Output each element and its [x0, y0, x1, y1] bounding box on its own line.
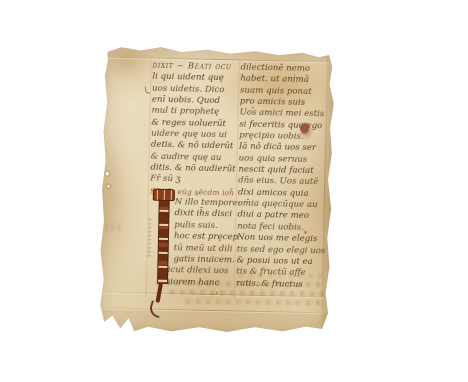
text-line: dixit ~ Beati ocu — [152, 61, 240, 74]
text-line: mul ti prophetę — [151, 106, 239, 119]
turn-in-strip-bottom — [97, 309, 329, 339]
text-line: & audire quę au — [151, 151, 239, 164]
text-line: suam quis ponat — [240, 85, 330, 98]
text-line: uos quia seruus — [239, 153, 329, 166]
correction-mark — [145, 86, 150, 93]
speck — [304, 231, 307, 234]
stain-top-left-corner — [100, 40, 151, 83]
ghost-text-line — [186, 299, 324, 305]
text-line: nota feci uobis. — [237, 221, 327, 234]
text-line: uidere quę uos ui — [151, 129, 239, 142]
ghost-text-line — [170, 290, 326, 297]
text-line: tis & fructū affe — [236, 267, 326, 280]
text-column-right: dilectionē nemo habet. ut animā suam qui… — [236, 62, 331, 291]
photo-canvas: dixit ~ Beati ocu li qui uident quę uos … — [0, 0, 468, 382]
stain-left-edge — [93, 129, 128, 252]
wormhole — [107, 185, 110, 188]
text-line: dilectionē nemo — [240, 62, 330, 75]
speck — [252, 107, 254, 109]
text-line: tis sed ego elegi uos — [237, 244, 327, 257]
text-line: ratis. & fructus — [236, 278, 326, 291]
text-line: dn̄s eius. Uos autē — [238, 176, 328, 189]
wormhole — [105, 172, 109, 176]
decorated-initial-i: I — [157, 192, 170, 284]
initial-letter-value: I — [160, 193, 161, 194]
speck — [216, 292, 218, 294]
text-line: Uos amici mei estis — [239, 108, 329, 121]
speck — [196, 194, 198, 196]
text-line: pręcipio uobis. — [239, 131, 329, 144]
manuscript-leaf: dixit ~ Beati ocu li qui uident quę uos … — [97, 42, 335, 337]
text-line: uos uidetis. Dico — [152, 83, 240, 96]
text-line: om̄ia quęcūque au — [238, 199, 328, 212]
marginal-offset-smudge — [99, 223, 123, 232]
